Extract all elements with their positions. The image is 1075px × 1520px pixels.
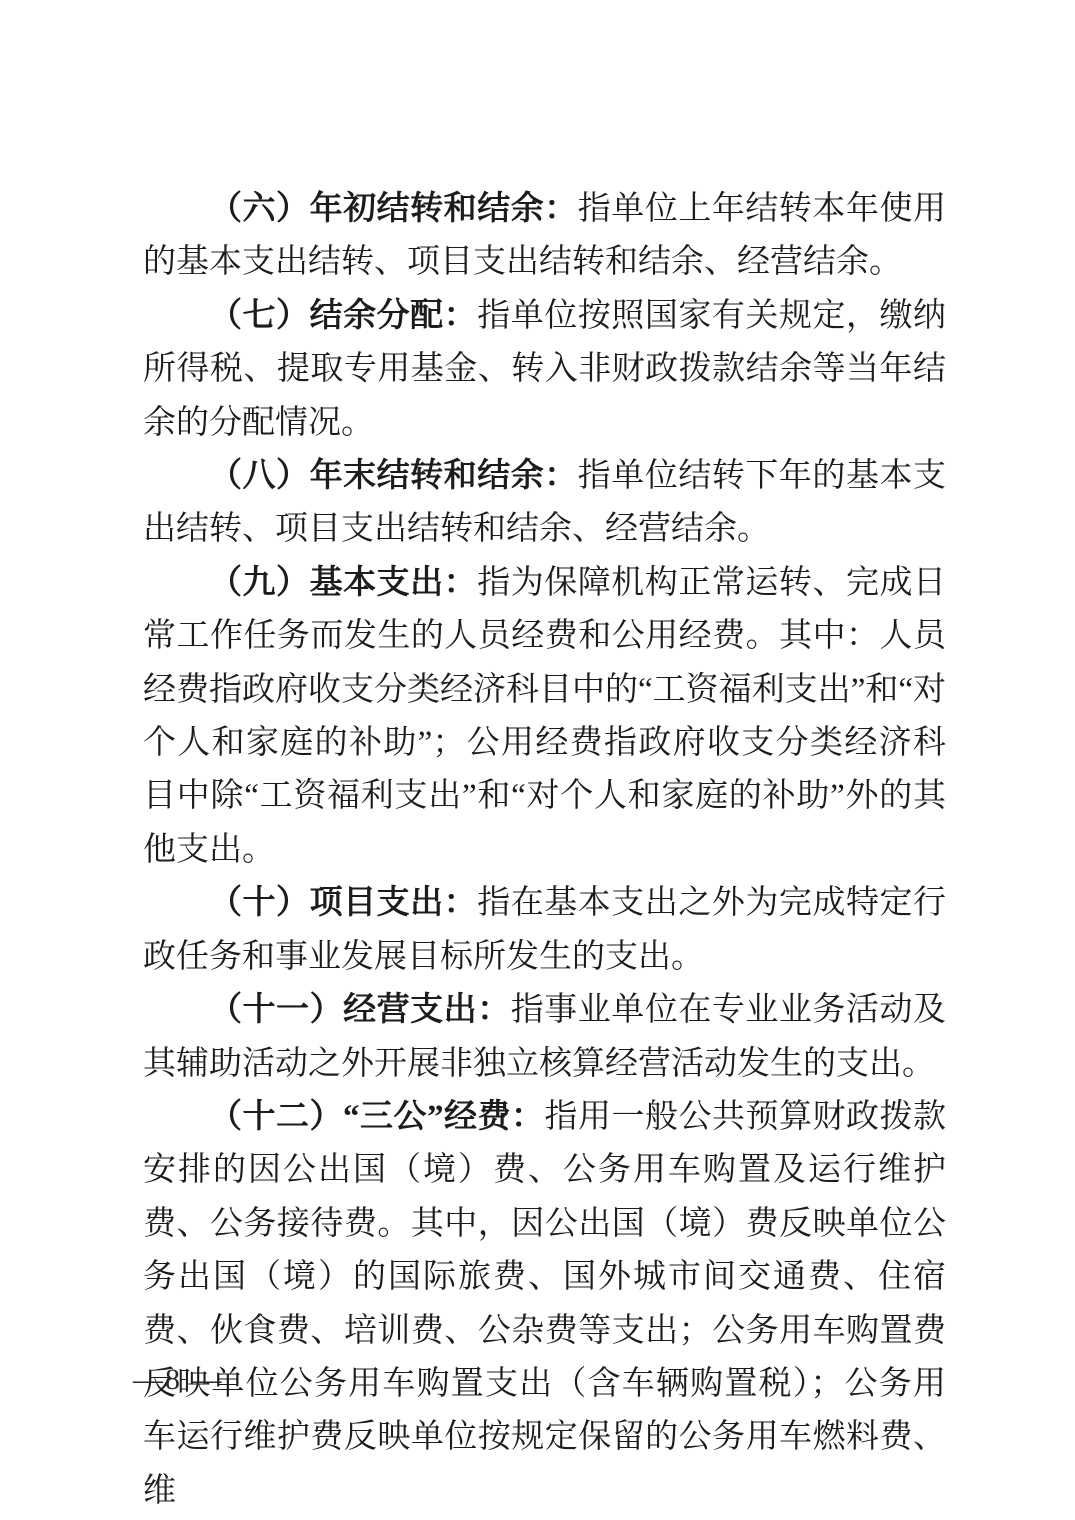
- paragraph-lead: （八）年末结转和结余：: [209, 458, 578, 494]
- page-number: —8 —: [133, 1363, 224, 1397]
- paragraph-lead: （七）结余分配：: [209, 298, 477, 334]
- paragraph: （七）结余分配：指单位按照国家有关规定，缴纳所得税、提取专用基金、转入非财政拨款…: [143, 290, 946, 450]
- document-body: （六）年初结转和结余：指单位上年结转本年使用的基本支出结转、项目支出结转和结余、…: [143, 183, 946, 1518]
- document-page: （六）年初结转和结余：指单位上年结转本年使用的基本支出结转、项目支出结转和结余、…: [0, 0, 1075, 1520]
- paragraph: （九）基本支出：指为保障机构正常运转、完成日常工作任务而发生的人员经费和公用经费…: [143, 557, 946, 877]
- paragraph: （十）项目支出：指在基本支出之外为完成特定行政任务和事业发展目标所发生的支出。: [143, 877, 946, 984]
- paragraph: （十二）“三公”经费：指用一般公共预算财政拨款安排的因公出国（境）费、公务用车购…: [143, 1091, 946, 1518]
- paragraph: （八）年末结转和结余：指单位结转下年的基本支出结转、项目支出结转和结余、经营结余…: [143, 450, 946, 557]
- paragraph-lead: （九）基本支出：: [209, 565, 477, 601]
- paragraph-lead: （十一）经营支出：: [209, 992, 511, 1028]
- paragraph: （六）年初结转和结余：指单位上年结转本年使用的基本支出结转、项目支出结转和结余、…: [143, 183, 946, 290]
- paragraph: （十一）经营支出：指事业单位在专业业务活动及其辅助活动之外开展非独立核算经营活动…: [143, 984, 946, 1091]
- paragraph-lead: （十）项目支出：: [209, 885, 477, 921]
- paragraph-text: 指用一般公共预算财政拨款安排的因公出国（境）费、公务用车购置及运行维护费、公务接…: [143, 1099, 946, 1509]
- paragraph-text: 指为保障机构正常运转、完成日常工作任务而发生的人员经费和公用经费。其中：人员经费…: [143, 565, 946, 868]
- paragraph-lead: （十二）“三公”经费：: [209, 1099, 545, 1135]
- paragraph-lead: （六）年初结转和结余：: [209, 191, 578, 227]
